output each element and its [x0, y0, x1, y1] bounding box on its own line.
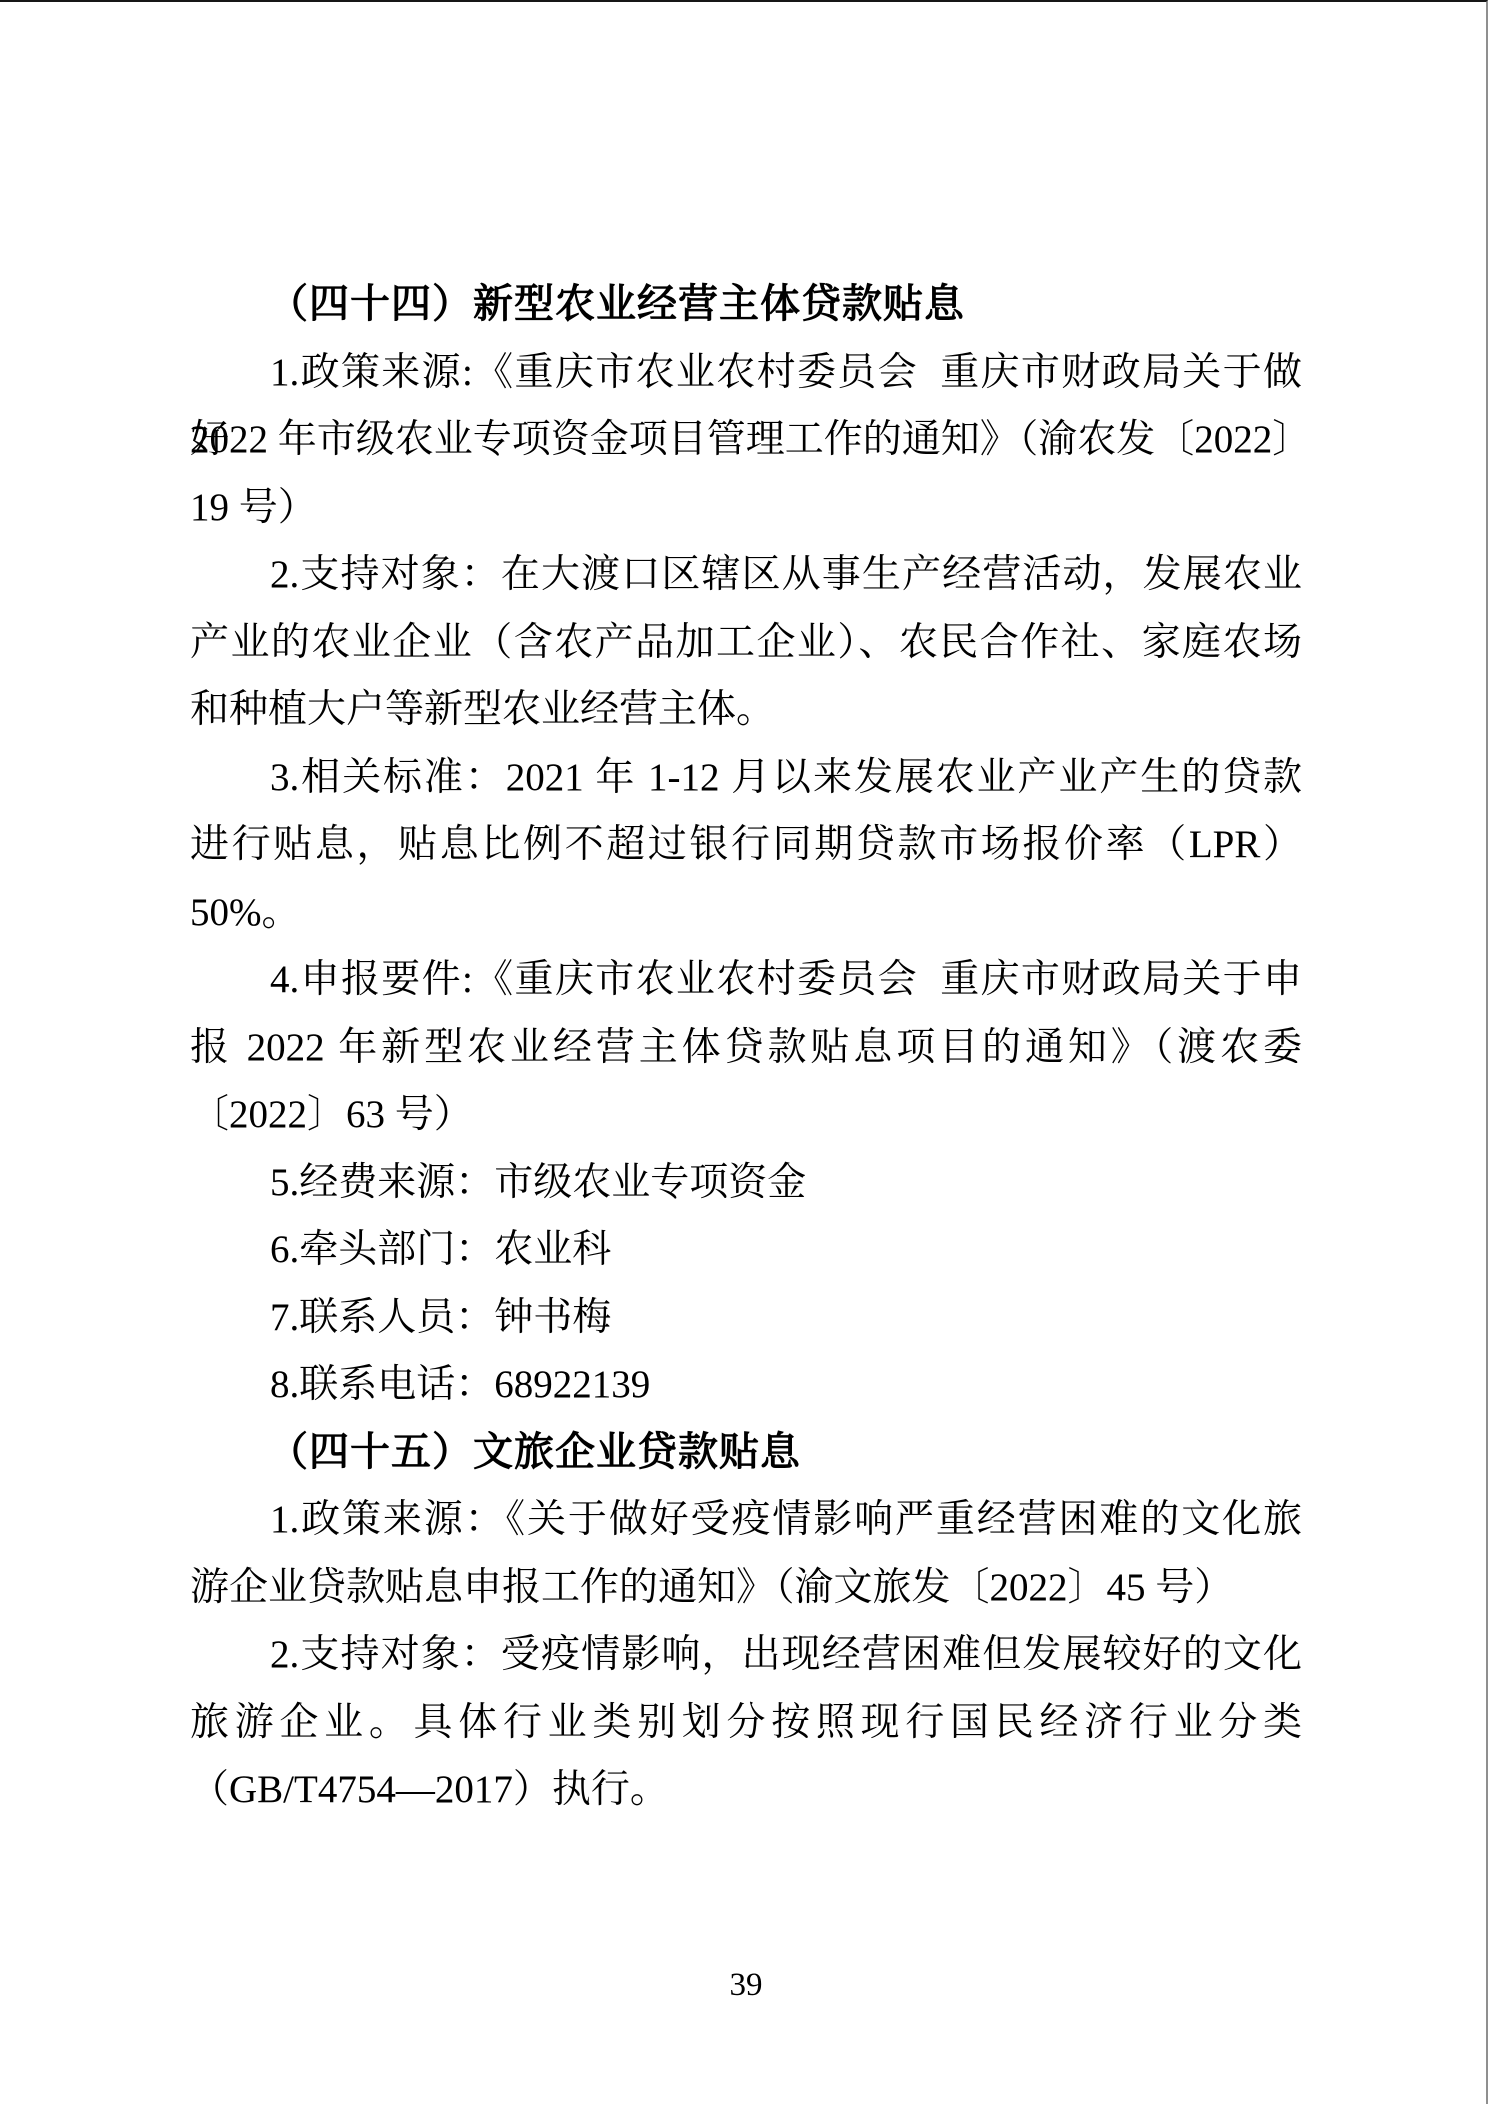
body-line: 19 号） [190, 474, 1302, 542]
body-line: 8.联系电话：68922139 [190, 1351, 1302, 1419]
document-page: （四十四）新型农业经营主体贷款贴息 1.政策来源:《重庆市农业农村委员会 重庆市… [0, 0, 1488, 2104]
document-body: （四十四）新型农业经营主体贷款贴息 1.政策来源:《重庆市农业农村委员会 重庆市… [190, 2, 1302, 2005]
body-line: 3.相关标准：2021 年 1-12 月以来发展农业产业产生的贷款 [190, 744, 1302, 812]
body-line: 进行贴息，贴息比例不超过银行同期贷款市场报价率（LPR） [190, 811, 1302, 879]
body-line: 2.支持对象：在大渡口区辖区从事生产经营活动，发展农业 [190, 541, 1302, 609]
section-44-heading: （四十四）新型农业经营主体贷款贴息 [190, 271, 1302, 339]
body-line: 〔2022〕63 号） [190, 1081, 1302, 1149]
body-line: 7.联系人员：钟书梅 [190, 1284, 1302, 1352]
body-line: 1.政策来源:《重庆市农业农村委员会 重庆市财政局关于做好 [190, 339, 1302, 407]
body-line: 1.政策来源：《关于做好受疫情影响严重经营困难的文化旅 [190, 1486, 1302, 1554]
page-number: 39 [190, 1965, 1302, 2005]
body-line: 50%。 [190, 879, 1302, 947]
body-line: 产业的农业企业（含农产品加工企业）、农民合作社、家庭农场 [190, 609, 1302, 677]
body-line: 旅游企业。具体行业类别划分按照现行国民经济行业分类 [190, 1689, 1302, 1757]
body-line: 报 2022 年新型农业经营主体贷款贴息项目的通知》（渡农委 [190, 1014, 1302, 1082]
body-line: 5.经费来源：市级农业专项资金 [190, 1149, 1302, 1217]
body-line: 游企业贷款贴息申报工作的通知》（渝文旅发〔2022〕45 号） [190, 1554, 1302, 1622]
body-line: 和种植大户等新型农业经营主体。 [190, 676, 1302, 744]
section-45-heading: （四十五）文旅企业贷款贴息 [190, 1419, 1302, 1487]
body-line: 4.申报要件:《重庆市农业农村委员会 重庆市财政局关于申 [190, 946, 1302, 1014]
body-line: 2.支持对象：受疫情影响，出现经营困难但发展较好的文化 [190, 1621, 1302, 1689]
body-line: 2022 年市级农业专项资金项目管理工作的通知》（渝农发〔2022〕 [190, 406, 1302, 474]
body-line: （GB/T4754—2017）执行。 [190, 1756, 1302, 1824]
body-line: 6.牵头部门：农业科 [190, 1216, 1302, 1284]
